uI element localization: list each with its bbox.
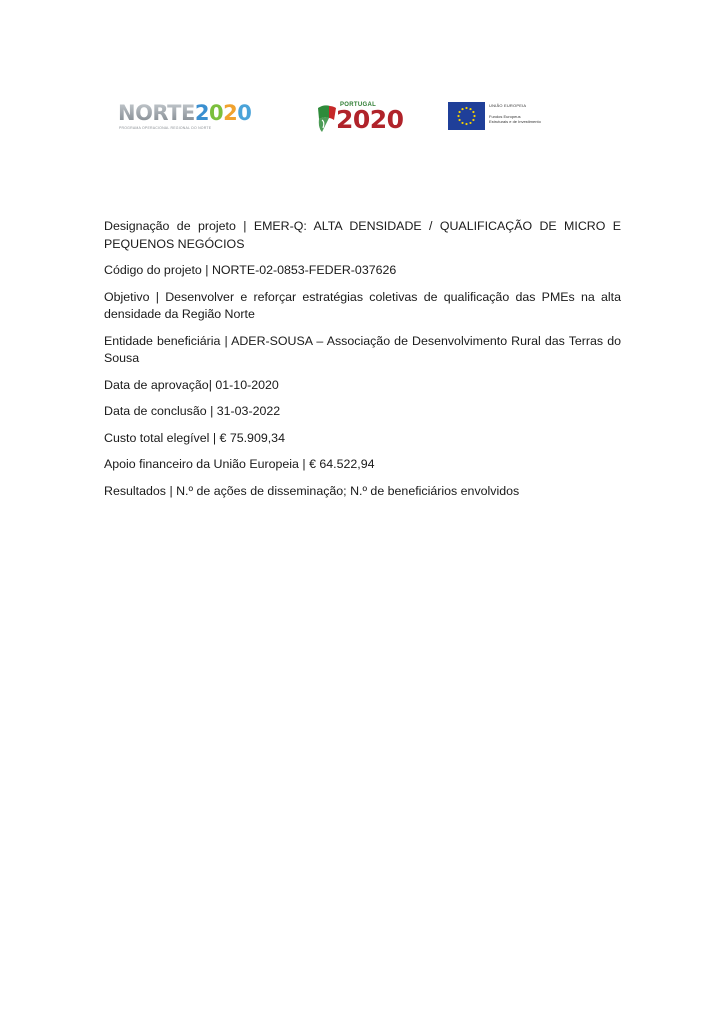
field-resultados: Resultados | N.º de ações de disseminaçã… (104, 483, 621, 501)
norte-subtitle: PROGRAMA OPERACIONAL REGIONAL DO NORTE (119, 126, 211, 130)
field-value: NORTE-02-0853-FEDER-037626 (212, 263, 396, 277)
field-custo-total: Custo total elegível | € 75.909,34 (104, 430, 621, 448)
project-details: Designação de projeto | EMER-Q: ALTA DEN… (104, 218, 621, 509)
uniao-europeia-logo: UNIÃO EUROPEIA Fundos Europeus Estrutura… (448, 100, 548, 132)
field-value: 01-10-2020 (215, 378, 278, 392)
field-separator: | (220, 334, 231, 348)
field-value: 31-03-2022 (217, 404, 280, 418)
field-separator: | (207, 404, 217, 418)
portugal-flag-icon (314, 104, 338, 134)
field-value: € 64.522,94 (309, 457, 374, 471)
eu-title: UNIÃO EUROPEIA (489, 103, 526, 108)
eu-subtitle-line2: Estruturais e de Investimento (489, 119, 541, 124)
field-designacao: Designação de projeto | EMER-Q: ALTA DEN… (104, 218, 621, 253)
field-separator: | (236, 219, 254, 233)
field-label: Data de aprovação (104, 378, 209, 392)
logo-bar: NORTE2020 PROGRAMA OPERACIONAL REGIONAL … (0, 96, 724, 140)
field-data-conclusao: Data de conclusão | 31-03-2022 (104, 403, 621, 421)
norte-letters: NORTE (118, 101, 195, 125)
field-entidade: Entidade beneficiária | ADER-SOUSA – Ass… (104, 333, 621, 368)
field-label: Código do projeto (104, 263, 202, 277)
field-separator: | (149, 290, 165, 304)
field-separator: | (166, 484, 176, 498)
norte2020-logo: NORTE2020 PROGRAMA OPERACIONAL REGIONAL … (118, 102, 283, 132)
field-value: € 75.909,34 (220, 431, 285, 445)
field-label: Custo total elegível (104, 431, 209, 445)
field-separator: | (202, 263, 212, 277)
field-label: Designação de projeto (104, 219, 236, 233)
field-data-aprovacao: Data de aprovação| 01-10-2020 (104, 377, 621, 395)
field-objetivo: Objetivo | Desenvolver e reforçar estrat… (104, 289, 621, 324)
field-label: Objetivo (104, 290, 149, 304)
field-label: Apoio financeiro da União Europeia (104, 457, 299, 471)
field-label: Data de conclusão (104, 404, 207, 418)
field-value: N.º de ações de disseminação; N.º de ben… (176, 484, 519, 498)
field-label: Resultados (104, 484, 166, 498)
field-apoio-financeiro: Apoio financeiro da União Europeia | € 6… (104, 456, 621, 474)
field-label: Entidade beneficiária (104, 334, 220, 348)
norte-number: 2020 (195, 101, 252, 125)
eu-flag-icon (448, 102, 485, 130)
field-separator: | (209, 431, 219, 445)
portugal2020-logo: PORTUGAL 2020 (314, 98, 409, 136)
field-separator: | (299, 457, 309, 471)
field-value: Desenvolver e reforçar estratégias colet… (104, 290, 621, 322)
portugal-number: 2020 (336, 106, 404, 134)
field-codigo: Código do projeto | NORTE-02-0853-FEDER-… (104, 262, 621, 280)
